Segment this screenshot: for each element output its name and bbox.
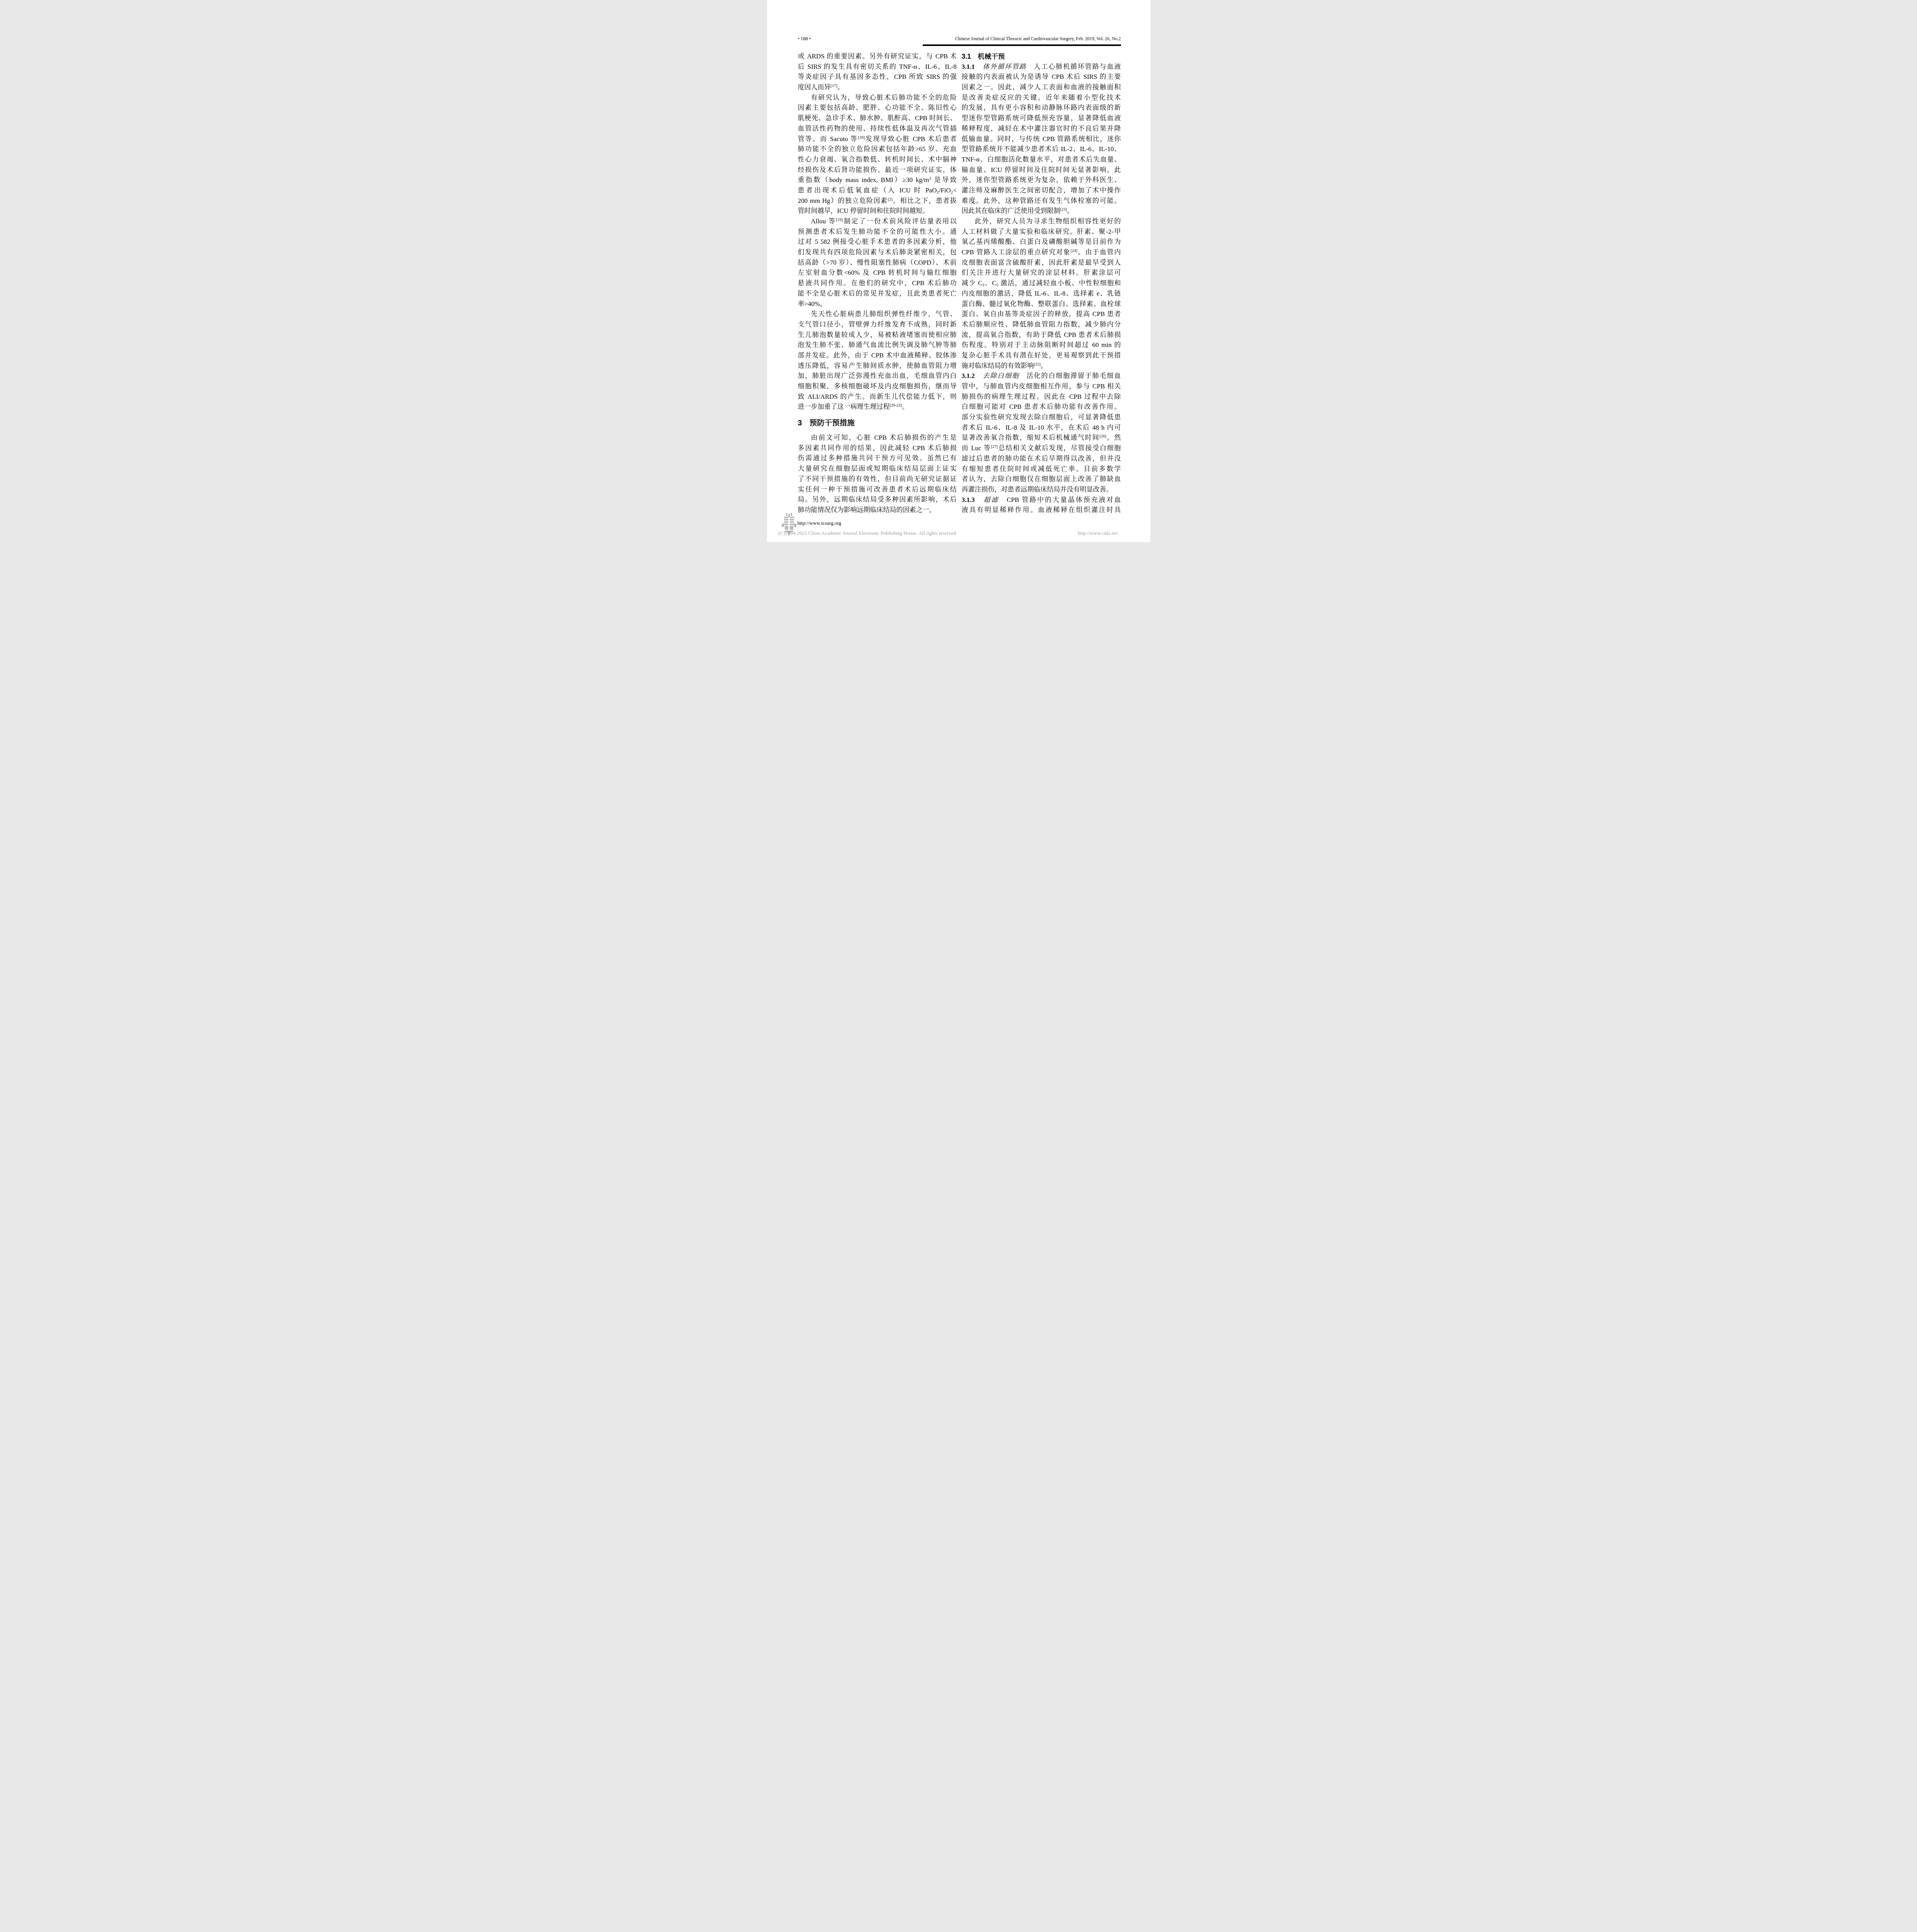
- text-line: 滤过后患者的肺功能在术后早期得以改善，但并没: [962, 454, 1121, 464]
- text-line: 人工材料做了大量实验和临床研究。肝素、聚-2-甲: [962, 227, 1121, 237]
- text-line: 实任何一种干预措施可改善患者术后远期临床结: [798, 485, 957, 495]
- text-line: 是改善炎症反应的关键。近年来随着小型化技术: [962, 93, 1121, 103]
- text-line: 蛋白、氧自由基等炎症因子的释放，提高 CPB 患者: [962, 309, 1121, 320]
- text-line: 管时间越早，ICU 停留时间和住院时间越短。: [798, 206, 957, 216]
- text-line: 后 SIRS 的发生具有密切关系的 TNF-α、IL-6、IL-8: [798, 62, 957, 72]
- text-line: 白细胞可能对 CPB 患者术后肺功能有改善作用。: [962, 402, 1121, 412]
- text-line: 难度。此外，这种管路还有发生气体栓塞的可能。: [962, 196, 1121, 206]
- text-line: 3.1.2 去除白细胞 活化的白细胞滞留于肺毛细血: [962, 371, 1121, 381]
- text-line: 血管活性药物的使用、持续性低体温及再次气管插: [798, 124, 957, 134]
- text-line: 者术后 IL-6、IL-8 及 IL-10 水平，在术后 48 h 内可: [962, 423, 1121, 433]
- text-line: 灌注师及麻醉医生之间密切配合，增加了术中操作: [962, 185, 1121, 196]
- journal-title: Chinese Journal of Clinical Thoracic and…: [955, 36, 1121, 42]
- page-number: • 188 •: [798, 36, 811, 42]
- text-line: 显著改善氧合指数，缩短术后机械通气时间[26]。然: [962, 433, 1121, 443]
- text-line: 局。另外，远期临床结局受多种因素所影响，术后: [798, 495, 957, 505]
- text-line: 悬液共同作用。在他们的研究中，CPB 术后肺功: [798, 278, 957, 289]
- text-line: 泡发生肺不张、肺通气血流比例失调及肺气肿等肺: [798, 340, 957, 350]
- text-line: 氧乙基丙烯酸酯、白蛋白及磷酸胆碱等是目前作为: [962, 237, 1121, 247]
- text-line: 因此其在临床的广泛使用受到限制[23]。: [962, 206, 1121, 216]
- left-column: 或 ARDS 的重要因素。另外有研究证实，与 CPB 术后 SIRS 的发生具有…: [798, 51, 957, 515]
- text-line: 有研究认为，导致心脏术后肺功能不全的危险: [798, 93, 957, 103]
- text-line: 的发展，具有更小容积和动静脉环路内表面级的新: [962, 103, 1121, 113]
- text-line: 200 mm Hg）的独立危险因素[2]。相比之下，患者拔: [798, 196, 957, 206]
- scanned-journal-page: • 188 • Chinese Journal of Clinical Thor…: [767, 0, 1150, 542]
- site-url: http://www.tcsurg.org: [798, 520, 842, 526]
- text-line: 多因素共同作用的结果，因此减轻 CPB 术后肺损: [798, 443, 957, 454]
- text-line: 们发现共有四项危险因素与术后肺炎紧密相关，包: [798, 247, 957, 258]
- text-line: 肺功能情况仅为影响远期临床结局的因素之一。: [798, 505, 957, 515]
- text-line: 生儿肺泡数量较成人少，易被粘液堵塞而使相应肺: [798, 330, 957, 340]
- text-line: 输血量、ICU 停留时间及住院时间无显著影响。此: [962, 165, 1121, 175]
- copyright-text: (C)1994-2023 China Academic Journal Elec…: [779, 530, 958, 536]
- text-line: 肺损伤的病理生理过程。因此在 CPB 过程中去除: [962, 392, 1121, 402]
- text-line: 有缩短患者住院时间或减低死亡率。目前多数学: [962, 464, 1121, 474]
- cnki-url: http://www.cnki.net: [1078, 530, 1118, 536]
- text-line: 了不同干预措施的有效性，但目前尚无研究证据证: [798, 474, 957, 485]
- text-line: 稀释程度，减轻在术中灌注器官时的不良后果并降: [962, 124, 1121, 134]
- text-line: 致 ALI/ARDS 的产生。而新生儿代偿能力低下，则: [798, 392, 957, 402]
- text-line: 因素主要包括高龄、肥胖、心功能不全、陈旧性心: [798, 103, 957, 113]
- text-line: 透压降低，容易产生肺间质水肿，使肺血管阻力增: [798, 361, 957, 371]
- text-line: 者认为，去除白细胞仅在细胞层面上改善了肺缺血: [962, 474, 1121, 485]
- text-line: 内皮细胞的激活，降低 IL-6、IL-8、选择素 e、乳链: [962, 289, 1121, 299]
- text-line: 大量研究在细胞层面或短期临床结局层面上证实: [798, 464, 957, 474]
- text-line: 肌梗死、急诊手术、肺水肿、肌酐高、CPB 时间长、: [798, 113, 957, 124]
- text-line: 液具有明显稀释作用。血液稀释在组织灌注时具: [962, 505, 1121, 515]
- text-line: 们关注并进行大量研究的涂层材料。肝素涂层可: [962, 268, 1121, 278]
- text-line: 由前文可知，心脏 CPB 术后肺损伤的产生是: [798, 433, 957, 443]
- text-line: 支气管口径小，管壁弹力纤维发育不成熟，同时新: [798, 320, 957, 330]
- text-line: 患者出现术后低氧血症（入 ICU 时 PaO2/FiO2<: [798, 185, 957, 196]
- text-line: 而 Luc 等[27]总结相关文献后发现，尽管接受白细胞: [962, 443, 1121, 454]
- text-line: 肺功能不全的独立危险因素包括年龄>65 岁、充血: [798, 144, 957, 155]
- text-line: 等炎症因子具有基因多态性，CPB 所致 SIRS 的强: [798, 72, 957, 82]
- text-line: 型管路系统并不能减少患者术后 IL-2、IL-6、IL-10、: [962, 144, 1121, 155]
- right-column: 3.1 机械干预3.1.1 体外循环管路 人工心肺机循环管路与血液接触的内表面被…: [962, 51, 1121, 515]
- text-line: 过对 5 582 例接受心脏手术患者的多因素分析，他: [798, 237, 957, 247]
- text-line: 低输血量。同时，与传统 CPB 管路系统相比，迷你: [962, 134, 1121, 145]
- text-line: 皮细胞表面富含硫酸肝素，因此肝素是最早受到人: [962, 258, 1121, 268]
- text-line: 此外，研究人员为寻求生物组织相容性更好的: [962, 216, 1121, 227]
- text-line: CPB 管路人工涂层的重点研究对象[24]。由于血管内: [962, 247, 1121, 258]
- text-line: 率>40%。: [798, 299, 957, 310]
- text-line: 管中，与肺血管内皮细胞相互作用，参与 CPB 相关: [962, 381, 1121, 392]
- text-line: 接触的内表面被认为是诱导 CPB 术后 SIRS 的主要: [962, 72, 1121, 82]
- text-line: 加，肺脏出现广泛弥漫性充血出血，毛细血管内白: [798, 371, 957, 381]
- text-line: Allou 等[19]制定了一份术前风险评估量表用以: [798, 216, 957, 227]
- text-line: 部并发症。此外，由于 CPB 术中血液稀释、胶体渗: [798, 350, 957, 361]
- text-line: 外，迷你型管路系统更为复杂，依赖于外科医生、: [962, 175, 1121, 185]
- text-line: 度因人而异[17]。: [798, 82, 957, 93]
- text-line: 或 ARDS 的重要因素。另外有研究证实，与 CPB 术: [798, 51, 957, 62]
- text-line: 复杂心脏手术具有潜在好处，更易观察到此干预措: [962, 350, 1121, 361]
- text-line: 细胞积聚，多核细胞破坏及内皮细胞损伤，继而导: [798, 381, 957, 392]
- text-line: 减少 C3、C5 激活，通过减轻血小板、中性粒细胞和: [962, 278, 1121, 289]
- text-line: 型迷你型管路系统可降低预充容量，显著降低血液: [962, 113, 1121, 124]
- text-line: 因素之一。因此，减少人工表面和血液的接触面积: [962, 82, 1121, 93]
- text-line: 进一步加重了这一病理生理过程[20-22]。: [798, 402, 957, 412]
- text-line: 施对临床结局的有效影响[25]。: [962, 361, 1121, 371]
- text-line: 左室射血分数<60% 及 CPB 转机时间与输红细胞: [798, 268, 957, 278]
- text-line: 性心力衰竭、氧合指数低、转机时间长、术中膈神: [798, 155, 957, 165]
- text-line: 先天性心脏病患儿肺组织弹性纤维少，气管、: [798, 309, 957, 320]
- text-line: 术后肺顺应性、降低肺血管阻力指数，减少肺内分: [962, 320, 1121, 330]
- text-line: 3.1.3 超滤 CPB 管路中的大量晶体预充液对血: [962, 495, 1121, 505]
- text-line: 能不全是心脏术后的常见并发症，且此类患者死亡: [798, 289, 957, 299]
- page-header: • 188 • Chinese Journal of Clinical Thor…: [798, 36, 1121, 42]
- header-rule: [923, 44, 1121, 46]
- text-line: 预测患者术后发生肺功能不全的可能性大小。通: [798, 227, 957, 237]
- text-line: 管等。而 Sacuto 等[18]发现导致心脏 CPB 术后患者: [798, 134, 957, 145]
- text-line: 经损伤及术后肾功能损伤。最近一项研究证实，体: [798, 165, 957, 175]
- text-line: 蛋白酶、髓过氧化物酶、整联蛋白、选择素、血栓球: [962, 299, 1121, 310]
- text-line: 再灌注损伤，对患者远期临床结局并没有明显改善。: [962, 485, 1121, 495]
- text-line: 重指数（body mass index, BMI）≥30 kg/m2 是导致: [798, 175, 957, 185]
- copyright-row: (C)1994-2023 China Academic Journal Elec…: [779, 530, 1118, 536]
- text-line: 括高龄（>70 岁）、慢性阻塞性肺病（COPD）、术前: [798, 258, 957, 268]
- text-line: 3.1.1 体外循环管路 人工心肺机循环管路与血液: [962, 62, 1121, 72]
- text-line: TNF-α、白细胞活化数量水平，对患者术后失血量、: [962, 155, 1121, 165]
- text-line: 部分实验性研究发现去除白细胞后，可显著降低患: [962, 412, 1121, 423]
- text-line: 流，提高氧合指数，有助于降低 CPB 患者术后肺损: [962, 330, 1121, 340]
- text-line: 伤需通过多种措施共同干预方可见效。虽然已有: [798, 453, 957, 464]
- section-heading: 3 预防干预措施: [798, 418, 957, 429]
- text-line: 伤程度。特别对于主动脉阻断时间超过 60 min 的: [962, 340, 1121, 350]
- section-heading: 3.1 机械干预: [962, 51, 1121, 62]
